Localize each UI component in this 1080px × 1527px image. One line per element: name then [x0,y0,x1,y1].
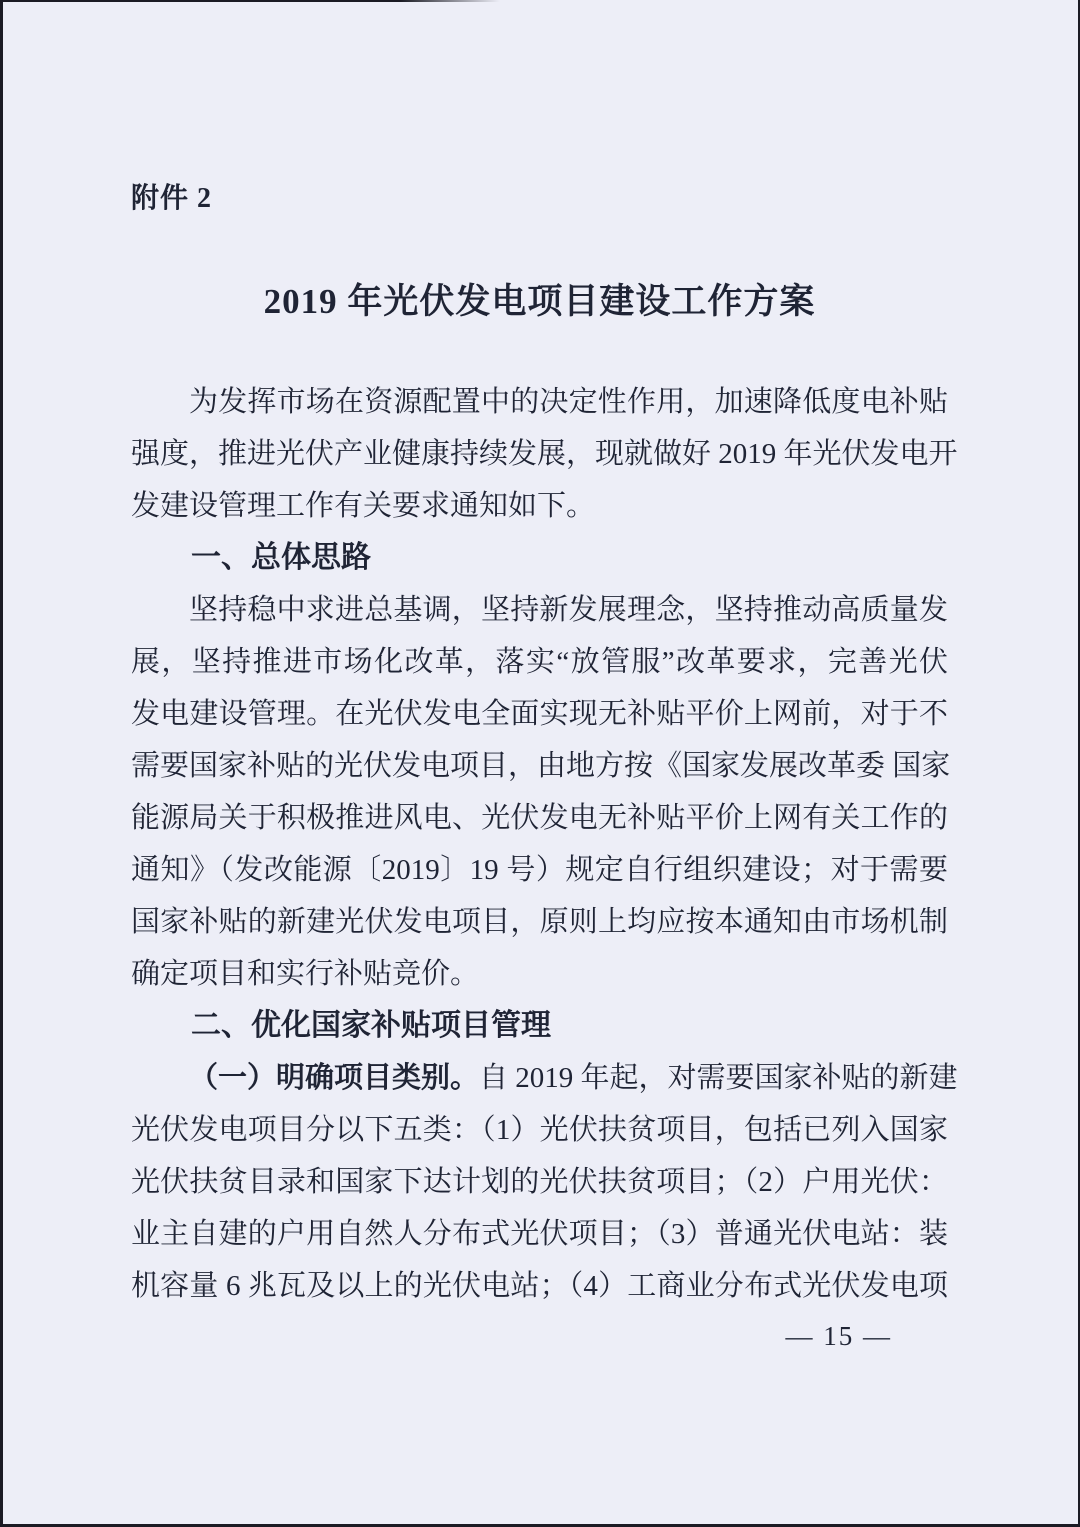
attachment-label: 附件 2 [131,181,948,217]
section-heading: 二、优化国家补贴项目管理 [131,1000,948,1052]
text-line: 国家补贴的新建光伏发电项目，原则上均应按本通知由市场机制 [131,896,948,948]
text-line: 为发挥市场在资源配置中的决定性作用，加速降低度电补贴 [131,376,948,428]
text-line: 光伏发电项目分以下五类：（1）光伏扶贫项目，包括已列入国家 [131,1104,948,1156]
text-line: 发建设管理工作有关要求通知如下。 [131,480,948,532]
section-heading: 一、总体思路 [131,532,948,584]
document-page: 附件 2 2019 年光伏发电项目建设工作方案 为发挥市场在资源配置中的决定性作… [0,0,1080,1527]
text-line: 通知》（发改能源〔2019〕19 号）规定自行组织建设；对于需要 [131,844,948,896]
document-content: 附件 2 2019 年光伏发电项目建设工作方案 为发挥市场在资源配置中的决定性作… [131,0,948,1312]
scan-edge-left [0,0,3,1527]
text-line: 坚持稳中求进总基调，坚持新发展理念，坚持推动高质量发 [131,584,948,636]
text-line: 强度，推进光伏产业健康持续发展，现就做好 2019 年光伏发电开 [131,428,948,480]
text-line: 能源局关于积极推进风电、光伏发电无补贴平价上网有关工作的 [131,792,948,844]
text-line: 光伏扶贫目录和国家下达计划的光伏扶贫项目；（2）户用光伏： [131,1156,948,1208]
text-line: 机容量 6 兆瓦及以上的光伏电站；（4）工商业分布式光伏发电项 [131,1260,948,1312]
text-line: 业主自建的户用自然人分布式光伏项目；（3）普通光伏电站：装 [131,1208,948,1260]
text-line: 发电建设管理。在光伏发电全面实现无补贴平价上网前，对于不 [131,688,948,740]
bold-lead-text: （一）明确项目类别。 [189,1062,479,1094]
document-body: 为发挥市场在资源配置中的决定性作用，加速降低度电补贴强度，推进光伏产业健康持续发… [131,376,948,1312]
text-line: 需要国家补贴的光伏发电项目，由地方按《国家发展改革委 国家 [131,740,948,792]
document-title: 2019 年光伏发电项目建设工作方案 [131,277,948,327]
text-line: 展，坚持推进市场化改革，落实“放管服”改革要求，完善光伏 [131,636,948,688]
text-line: （一）明确项目类别。自 2019 年起，对需要国家补贴的新建 [131,1052,948,1104]
page-number: — 15 — [786,1318,893,1354]
text-line: 确定项目和实行补贴竞价。 [131,948,948,1000]
